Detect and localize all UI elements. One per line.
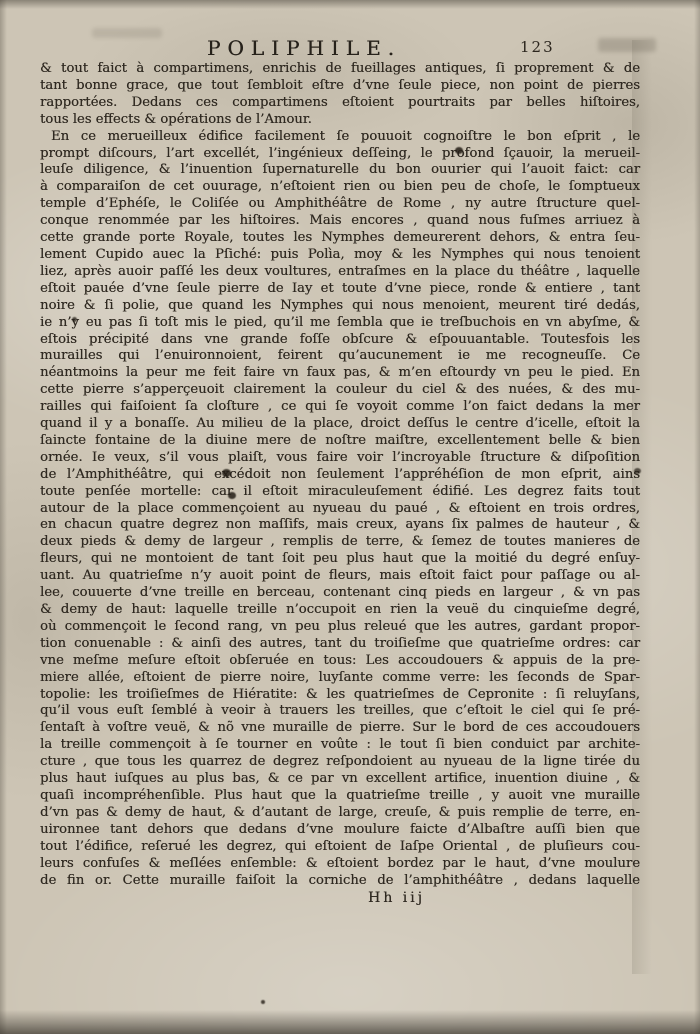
text-line: plus haut iuſques au plus bas, & ce par … — [40, 771, 640, 788]
text-line: eſtoit pauée d’vne ſeule pierre de Iay e… — [40, 281, 640, 298]
text-line: tant bonne grace, que tout ſembloit eſtr… — [40, 78, 640, 95]
text-line: toute penſée mortelle: car il eſtoit mir… — [40, 484, 640, 501]
ink-spot — [261, 1000, 265, 1004]
text-line: liez, après auoir paſſé les deux voultur… — [40, 264, 640, 281]
text-line: qu’il vous euſt ſemblé à veoir à trauers… — [40, 703, 640, 720]
text-line: railles qui faiſoient ſa cloſture , ce q… — [40, 399, 640, 416]
text-line: tout l’édifice, reſerué les degrez, qui … — [40, 839, 640, 856]
text-line: temple d’Ephéſe, le Coliſée ou Amphithéâ… — [40, 196, 640, 213]
text-line: uant. Au quatrieſme n’y auoit point de f… — [40, 568, 640, 585]
ink-spot — [455, 147, 463, 154]
text-line: fleurs, qui ne montoient de tant ſoit pe… — [40, 551, 640, 568]
scan-edge-left — [0, 0, 7, 1034]
text-line: où commençoit le ſecond rang, vn peu plu… — [40, 619, 640, 636]
text-line: ornée. Ie veux, s’il vous plaiſt, vous f… — [40, 450, 640, 467]
text-line: quaſi incompréhenſible. Plus haut que la… — [40, 788, 640, 805]
ink-spot — [634, 468, 641, 474]
ink-spot — [72, 317, 77, 322]
text-line: de fin or. Cette muraille faiſoit la cor… — [40, 873, 640, 890]
text-line: miere allée, eſtoient de pierre noire, l… — [40, 670, 640, 687]
text-line: lement Cupido auec la Pſiché: puis Polìa… — [40, 247, 640, 264]
text-line: En ce merueilleux édifice facilement ſe … — [40, 129, 640, 146]
text-line: rapportées. Dedans ces compartimens eſto… — [40, 95, 640, 112]
text-line: d’vn pas & demy de haut, & d’autant de l… — [40, 805, 640, 822]
text-block: & tout faict à compartimens, enrichis de… — [40, 61, 640, 907]
text-line: de l’Amphithéâtre, qui excédoit non ſeul… — [40, 467, 640, 484]
text-line: à comparaiſon de cet ouurage, n’eſtoient… — [40, 179, 640, 196]
text-line: ſentaſt à voſtre veuë, & nõ vne muraille… — [40, 720, 640, 737]
text-line: noire & ſi polie, que quand les Nymphes … — [40, 298, 640, 315]
text-line: cette grande porte Royale, toutes les Ny… — [40, 230, 640, 247]
text-line: néantmoins la peur me feit faire vn faux… — [40, 365, 640, 382]
text-line: tous les effects & opérations de l’Amour… — [40, 112, 640, 129]
signature-mark: Hh iij — [40, 890, 640, 907]
book-page: POLIPHILE. 123 & tout faict à compartime… — [0, 0, 700, 1034]
scan-edge-bottom — [0, 1010, 700, 1034]
ink-spot — [222, 469, 231, 477]
text-line: ſaincte fontaine de la diuine mere de no… — [40, 433, 640, 450]
text-line: leuſe diligence, & l’inuention ſupernatu… — [40, 162, 640, 179]
text-line: autour de la place commençoient au nyuea… — [40, 501, 640, 518]
text-line: & tout faict à compartimens, enrichis de… — [40, 61, 640, 78]
running-title: POLIPHILE. — [0, 36, 608, 60]
text-line: topolie: les troiſieſmes de Hiératite: &… — [40, 687, 640, 704]
text-line: leurs confuſes & meſlées enſemble: & eſt… — [40, 856, 640, 873]
text-line: conque renommée par les hiſtoires. Mais … — [40, 213, 640, 230]
text-line: quand il y a bonaſſe. Au milieu de la pl… — [40, 416, 640, 433]
text-line: la treille commençoit à ſe tourner en vo… — [40, 737, 640, 754]
text-line: & demy de haut: laquelle treille n’occup… — [40, 602, 640, 619]
text-line: uironnee tant dehors que dedans d’vne mo… — [40, 822, 640, 839]
scan-edge-top — [0, 0, 700, 9]
text-line: prompt diſcours, l’art excellét, l’ingén… — [40, 146, 640, 163]
text-line: cture , que tous les quarrez de degrez r… — [40, 754, 640, 771]
page-number: 123 — [520, 38, 555, 56]
ink-spot — [228, 492, 236, 499]
text-line: eſtois précipité dans vne grande foſſe o… — [40, 332, 640, 349]
text-line: en chacun quatre degrez non maſſifs, mai… — [40, 517, 640, 534]
text-line: vne meſme meſure eſtoit obſeruée en tous… — [40, 653, 640, 670]
text-line: tion conuenable : & ainſi des autres, ta… — [40, 636, 640, 653]
text-line: lee, couuerte d’vne treille en berceau, … — [40, 585, 640, 602]
text-line: ie n’y eu pas ſi toſt mis le pied, qu’il… — [40, 315, 640, 332]
text-line: murailles qui l’enuironnoient, feirent q… — [40, 348, 640, 365]
text-line: cette pierre s’apperçeuoit clairement la… — [40, 382, 640, 399]
scan-edge-right — [694, 0, 700, 1034]
text-line: deux pieds & demy de largeur , remplis d… — [40, 534, 640, 551]
